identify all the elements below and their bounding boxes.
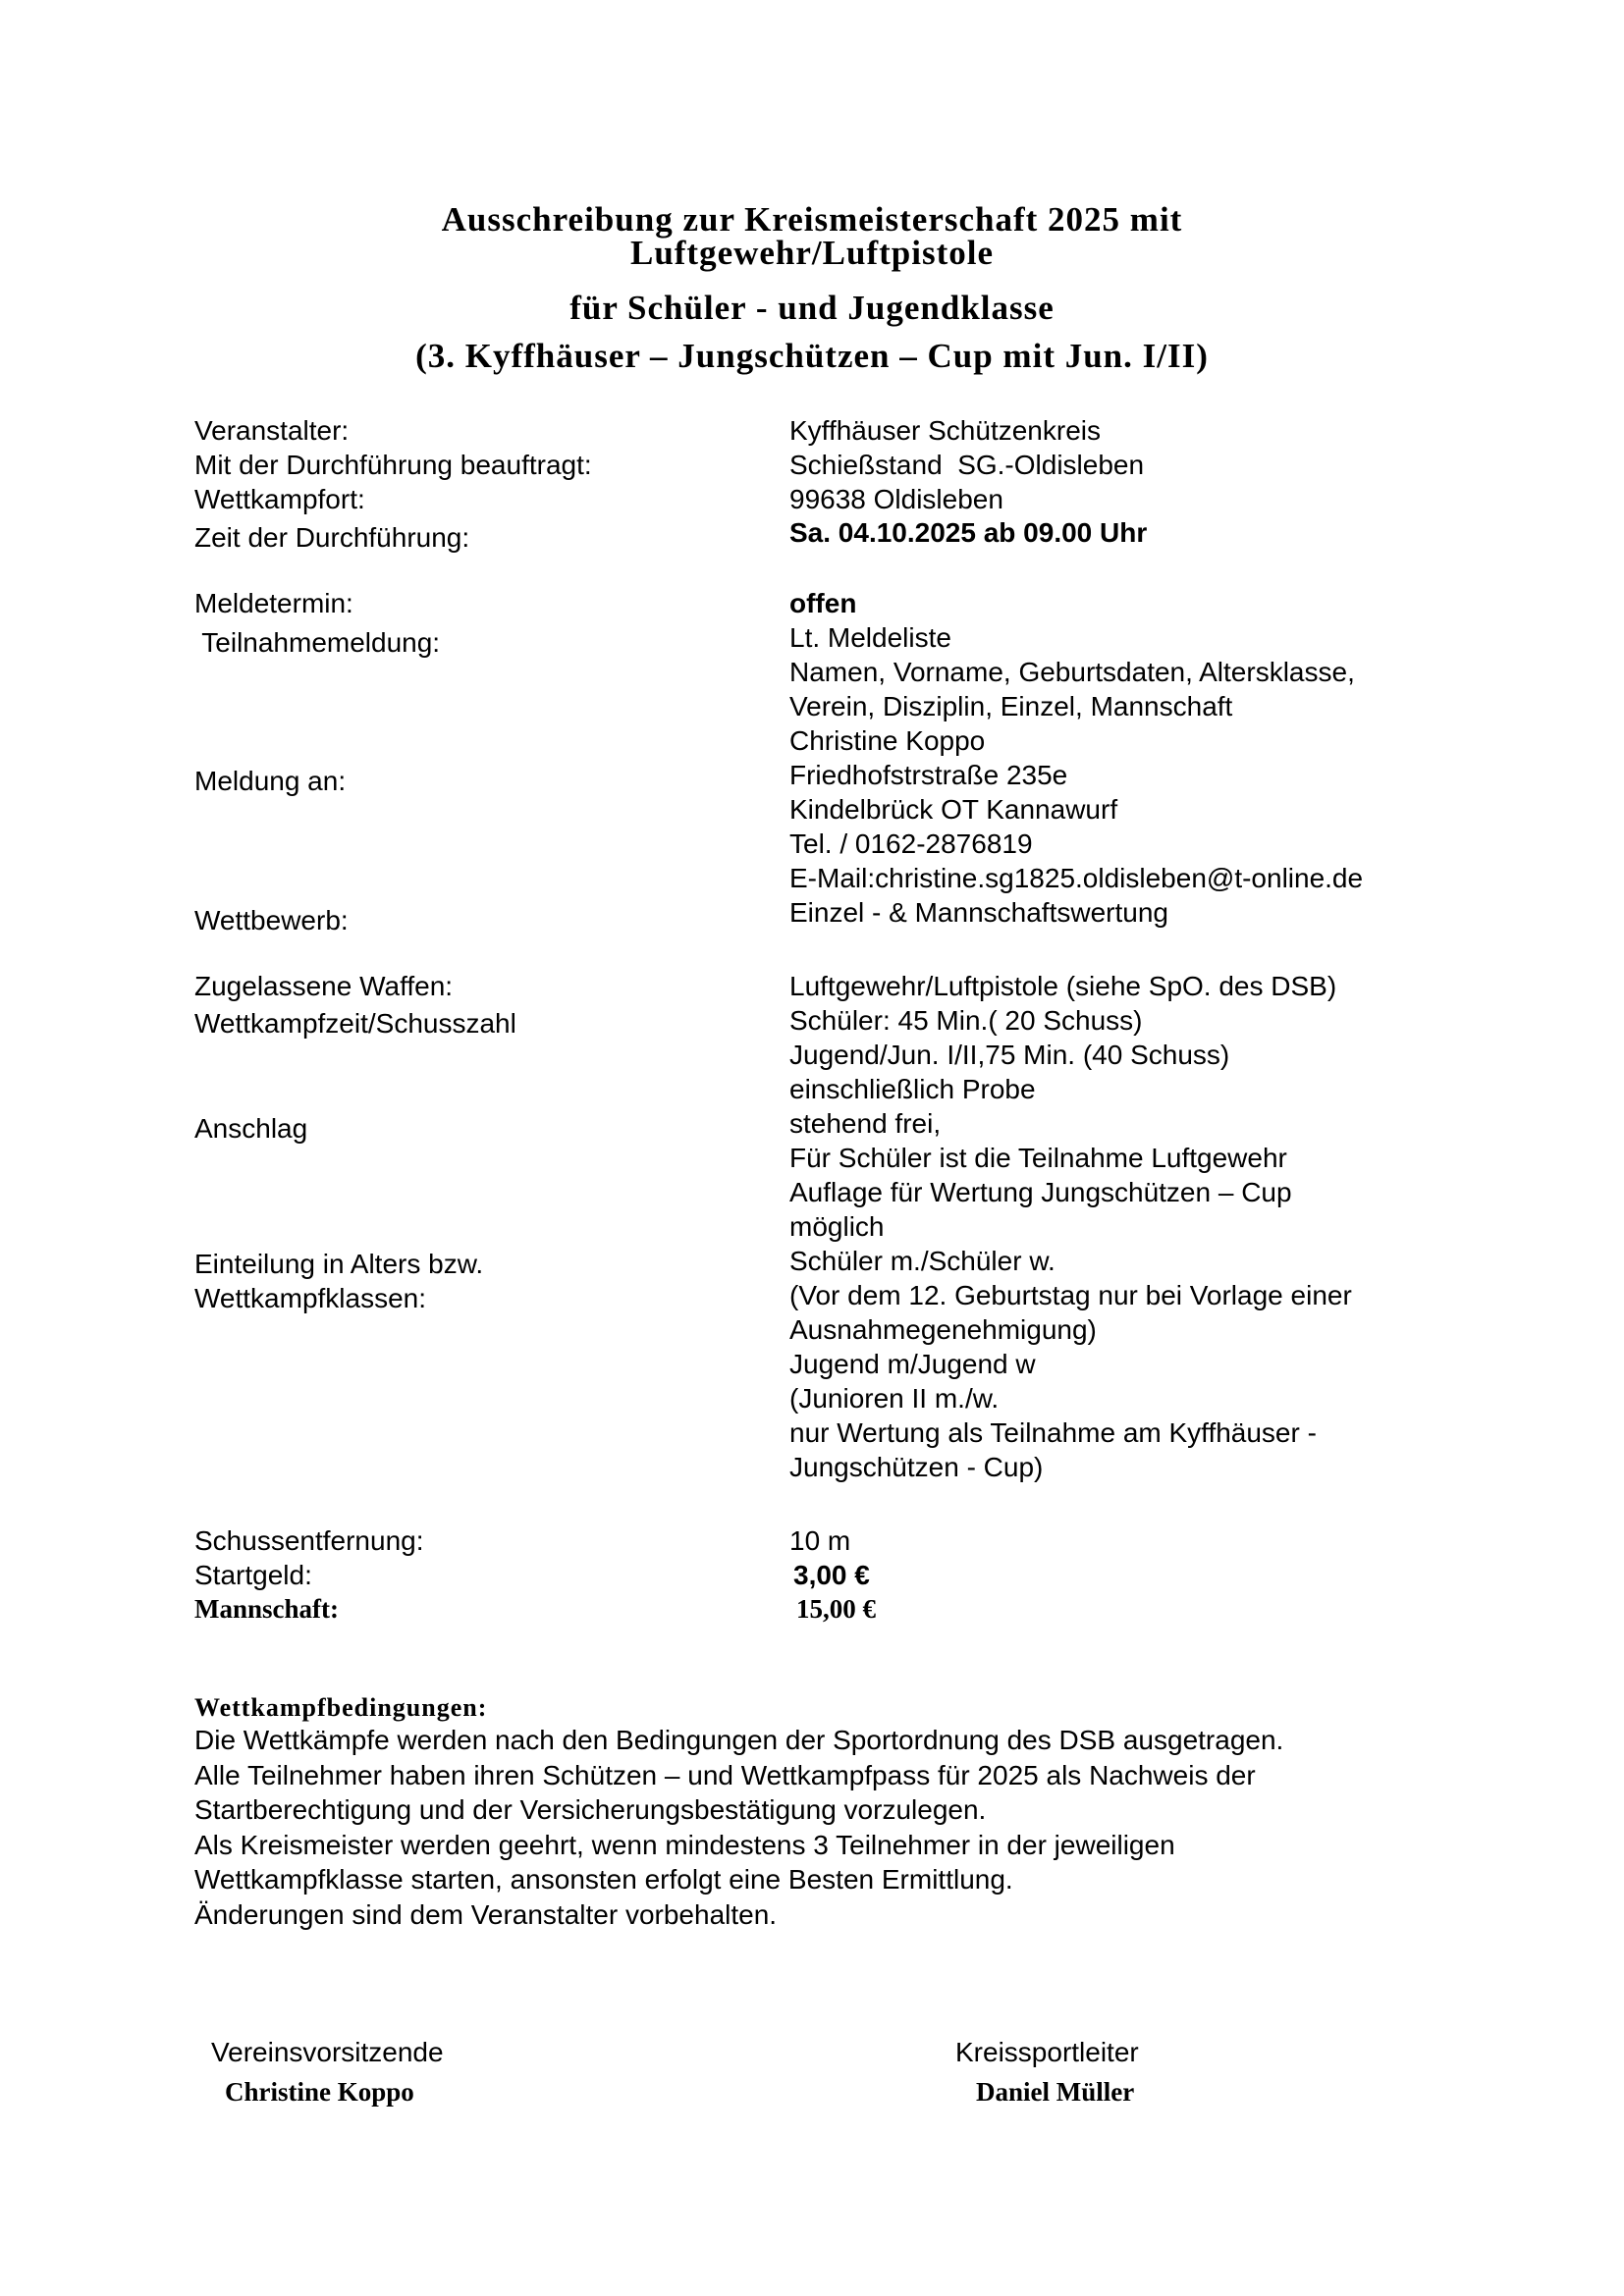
value-anschlag-4: möglich [789,1209,884,1244]
value-meldung-tel: Tel. / 0162-2876819 [789,827,1033,861]
label-veranstalter: Veranstalter: [194,413,349,448]
value-anschlag-3: Auflage für Wertung Jungschützen – Cup [789,1175,1292,1209]
label-wettkampfort: Wettkampfort: [194,482,365,516]
value-einteilung-3: Ausnahmegenehmigung) [789,1312,1097,1347]
value-veranstalter: Kyffhäuser Schützenkreis [789,413,1101,448]
label-meldung-an: Meldung an: [194,764,346,798]
title-line-1: Ausschreibung zur Kreismeisterschaft 202… [0,203,1624,237]
label-wettkampfzeit: Wettkampfzeit/Schusszahl [194,1006,516,1041]
signature-left-name: Christine Koppo [225,2075,414,2109]
value-meldung-name: Christine Koppo [789,723,985,758]
conditions-line-5: Wettkampfklasse starten, ansonsten erfol… [194,1862,1013,1897]
value-teilnahmemeldung-2: Namen, Vorname, Geburtsdaten, Altersklas… [789,655,1355,689]
label-waffen: Zugelassene Waffen: [194,969,453,1003]
label-einteilung-1: Einteilung in Alters bzw. [194,1247,483,1281]
subtitle-line-2: (3. Kyffhäuser – Jungschützen – Cup mit … [0,340,1624,373]
label-teilnahmemeldung: Teilnahmemeldung: [194,625,440,660]
conditions-heading: Wettkampfbedingungen: [194,1690,487,1725]
signature-right-name: Daniel Müller [976,2075,1134,2109]
document-page: Ausschreibung zur Kreismeisterschaft 202… [0,0,1624,2296]
value-einteilung-4: Jugend m/Jugend w [789,1347,1036,1381]
label-meldetermin: Meldetermin: [194,586,353,620]
value-einteilung-6: nur Wertung als Teilnahme am Kyffhäuser … [789,1415,1317,1450]
conditions-line-1: Die Wettkämpfe werden nach den Bedingung… [194,1723,1283,1758]
conditions-line-2: Alle Teilnehmer haben ihren Schützen – u… [194,1758,1256,1793]
value-startgeld: 3,00 € [793,1558,870,1592]
value-wettkampfzeit-1: Schüler: 45 Min.( 20 Schuss) [789,1003,1143,1038]
label-startgeld: Startgeld: [194,1558,312,1592]
subtitle-line-1: für Schüler - und Jugendklasse [0,292,1624,325]
conditions-line-4: Als Kreismeister werden geehrt, wenn min… [194,1828,1175,1863]
value-meldung-strasse: Friedhofstrstraße 235e [789,758,1067,792]
value-zeit: Sa. 04.10.2025 ab 09.00 Uhr [789,515,1147,550]
value-einteilung-7: Jungschützen - Cup) [789,1450,1043,1484]
value-mannschaft: 15,00 € [796,1592,876,1627]
value-meldetermin: offen [789,586,856,620]
signature-left-role: Vereinsvorsitzende [211,2036,444,2069]
value-einteilung-2: (Vor dem 12. Geburtstag nur bei Vorlage … [789,1278,1352,1312]
value-meldung-ort: Kindelbrück OT Kannawurf [789,792,1117,827]
value-wettkampfzeit-2: Jugend/Jun. I/II,75 Min. (40 Schuss) [789,1038,1229,1072]
value-einteilung-5: (Junioren II m./w. [789,1381,999,1415]
value-wettkampfort: 99638 Oldisleben [789,482,1003,516]
signature-right-role: Kreissportleiter [955,2036,1139,2069]
label-durchfuehrung: Mit der Durchführung beauftragt: [194,448,592,482]
value-wettbewerb: Einzel - & Mannschaftswertung [789,895,1168,930]
value-anschlag-1: stehend frei, [789,1106,941,1141]
label-anschlag: Anschlag [194,1111,307,1146]
value-einteilung-1: Schüler m./Schüler w. [789,1244,1056,1278]
title-line-2: Luftgewehr/Luftpistole [0,237,1624,270]
value-waffen: Luftgewehr/Luftpistole (siehe SpO. des D… [789,969,1336,1003]
value-wettkampfzeit-3: einschließlich Probe [789,1072,1036,1106]
conditions-line-6: Änderungen sind dem Veranstalter vorbeha… [194,1897,777,1933]
value-teilnahmemeldung-3: Verein, Disziplin, Einzel, Mannschaft [789,689,1232,723]
conditions-line-3: Startberechtigung und der Versicherungsb… [194,1792,986,1828]
label-zeit: Zeit der Durchführung: [194,520,469,555]
value-entfernung: 10 m [789,1523,850,1558]
value-durchfuehrung: Schießstand SG.-Oldisleben [789,448,1144,482]
label-wettbewerb: Wettbewerb: [194,903,349,937]
label-mannschaft: Mannschaft: [194,1592,339,1627]
value-anschlag-2: Für Schüler ist die Teilnahme Luftgewehr [789,1141,1287,1175]
value-teilnahmemeldung-1: Lt. Meldeliste [789,620,951,655]
value-meldung-email[interactable]: E-Mail:christine.sg1825.oldisleben@t-onl… [789,861,1363,895]
label-einteilung-2: Wettkampfklassen: [194,1281,426,1315]
label-entfernung: Schussentfernung: [194,1523,424,1558]
